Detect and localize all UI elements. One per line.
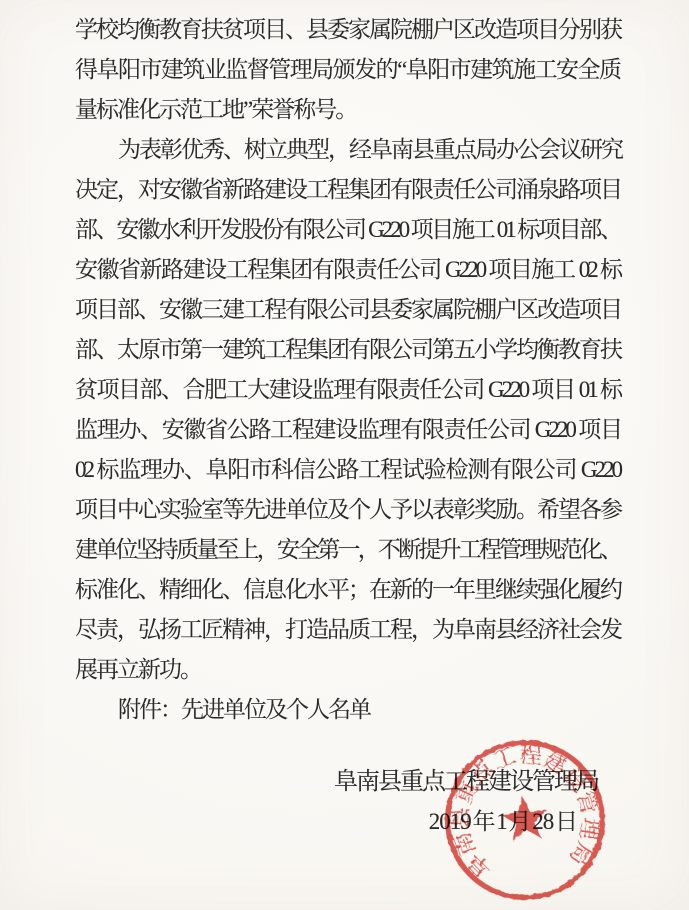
official-red-seal: 阜南县重点工程建设管理局 (429, 724, 620, 910)
text-line: 部、太原市第一建筑工程集团有限公司第五小学均衡教育扶 (75, 330, 620, 370)
text-line: 安徽省新路建设工程集团有限责任公司 G220 项目施工 02 标 (75, 250, 620, 290)
text-line: 量标准化示范工地”荣誉称号。 (75, 90, 620, 130)
seal-star-icon (499, 793, 550, 842)
text-line: 监理办、安徽省公路工程建设监理有限责任公司 G220 项目 (75, 410, 620, 450)
text-line: 项目部、安徽三建工程有限公司县委家属院棚户区改造项目 (75, 290, 620, 330)
scanned-document-page: 学校均衡教育扶贫项目、县委家属院棚户区改造项目分别获得阜阳市建筑业监督管理局颁发… (0, 0, 689, 910)
text-line: 得阜阳市建筑业监督管理局颁发的“阜阳市建筑施工安全质 (75, 50, 620, 90)
text-line: 标准化、精细化、信息化水平；在新的一年里继续强化履约 (75, 570, 620, 610)
text-line: 部、安徽水利开发股份有限公司 G220 项目施工 01 标项目部、 (75, 210, 620, 250)
text-line: 学校均衡教育扶贫项目、县委家属院棚户区改造项目分别获 (75, 10, 620, 50)
document-body: 学校均衡教育扶贫项目、县委家属院棚户区改造项目分别获得阜阳市建筑业监督管理局颁发… (75, 10, 620, 730)
text-line: 决定，对安徽省新路建设工程集团有限责任公司涌泉路项目 (75, 170, 620, 210)
text-line: 项目中心实验室等先进单位及个人予以表彰奖励。希望各参 (75, 490, 620, 530)
text-line: 尽责，弘扬工匠精神，打造品质工程，为阜南县经济社会发 (75, 610, 620, 650)
text-line: 贫项目部、合肥工大建设监理有限责任公司 G220 项目 01 标 (75, 370, 620, 410)
text-line: 附件：先进单位及个人名单 (75, 690, 620, 730)
text-line: 建单位坚持质量至上，安全第一，不断提升工程管理规范化、 (75, 530, 620, 570)
text-line: 展再立新功。 (75, 650, 620, 690)
text-line: 02 标监理办、阜阳市科信公路工程试验检测有限公司 G220 (75, 450, 620, 490)
text-line: 为表彰优秀、树立典型，经阜南县重点局办公会议研究 (75, 130, 620, 170)
